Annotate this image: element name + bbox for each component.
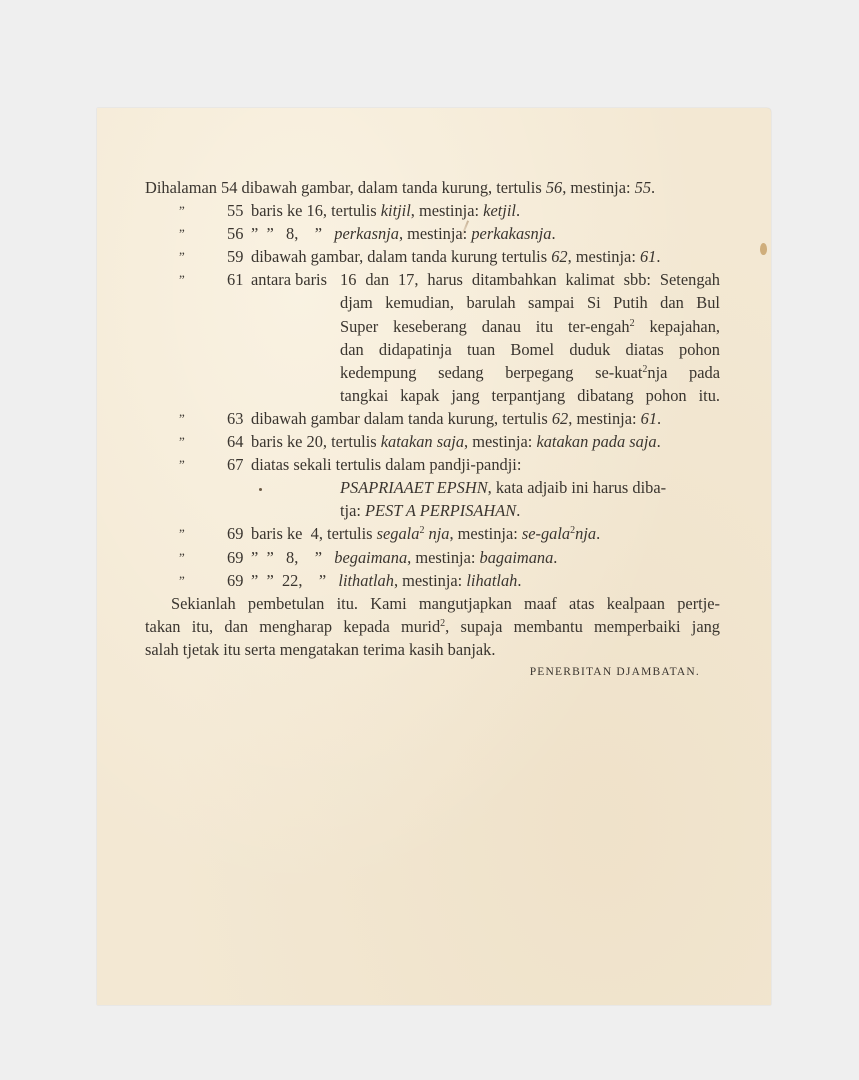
wrong-text: 62	[551, 247, 567, 266]
errata-text: Dihalaman 54 dibawah gambar, dalam tanda…	[145, 176, 720, 684]
entry-mid: , mestinja:	[568, 247, 640, 266]
inserted-sentence-line: 16 dan 17, harus ditambahkan kalimat sbb…	[340, 268, 720, 291]
errata-line: ” 56 ” ” 8, ” perkasnja, mestinja: perka…	[145, 222, 720, 245]
punct: .	[551, 224, 555, 243]
inserted-sentence-row: kedempung sedang berpegang se-kuat2nja p…	[145, 361, 720, 384]
page-number: 64	[227, 430, 243, 453]
correct-text: PEST A PERPISAHAN	[365, 501, 516, 520]
entry-pre: baris ke 16, tertulis	[251, 201, 381, 220]
entry-mid: , kata adjaib ini harus diba-	[488, 478, 666, 497]
errata-line: ” 59 dibawah gambar, dalam tanda kurung …	[145, 245, 720, 268]
inserted-sentence-row: Super keseberang danau itu ter-engah2 ke…	[145, 315, 720, 338]
inserted-sentence-line: Super keseberang danau itu ter-engah2 ke…	[340, 315, 720, 338]
correct-text: ketjil	[483, 201, 516, 220]
entry-text: diatas sekali tertulis dalam pandji-pand…	[251, 453, 521, 476]
entry-mid: , mestinja:	[449, 524, 521, 543]
correct-text: nja	[575, 524, 596, 543]
text-part: kedempung sedang berpegang se-kuat	[340, 363, 642, 382]
punct: .	[516, 201, 520, 220]
text-part: kepajahan,	[635, 317, 720, 336]
page-number: 56	[227, 222, 243, 245]
banner-text-row: tja: PEST A PERPISAHAN.	[145, 499, 720, 522]
entry-pre: baris ke 4, tertulis	[251, 524, 377, 543]
entry-pre: dibawah gambar dalam tanda kurung, tertu…	[251, 409, 552, 428]
paper-stain	[760, 243, 767, 255]
ditto-mark: ”	[179, 453, 185, 476]
punct: .	[517, 571, 521, 590]
banner-text: PSAPRIAAET EPSHN, kata adjaib ini harus …	[340, 476, 666, 499]
signature-row: PENERBITAN DJAMBATAN.	[145, 661, 720, 684]
inserted-sentence-line: kedempung sedang berpegang se-kuat2nja p…	[340, 361, 720, 384]
publisher-signature: PENERBITAN DJAMBATAN.	[530, 661, 700, 684]
inserted-sentence-line: djam kemudian, barulah sampai Si Putih d…	[340, 291, 720, 314]
entry-mid: , mestinja:	[399, 224, 471, 243]
page-number: 69	[227, 569, 243, 592]
entry-text: dibawah gambar dalam tanda kurung, tertu…	[251, 407, 661, 430]
entry-text: dibawah gambar, dalam tanda kurung, tert…	[242, 178, 542, 197]
entry-mid: , mestinja:	[464, 432, 536, 451]
text-part: , supaja membantu memperbaiki jang	[445, 617, 720, 636]
wrong-text: segala	[377, 524, 420, 543]
page-number: 55	[227, 199, 243, 222]
punct: .	[657, 432, 661, 451]
entry-mid: , mestinja:	[394, 571, 466, 590]
ditto-mark: ”	[179, 245, 185, 268]
entry-text: , mestinja:	[562, 178, 630, 197]
closing-text: Sekianlah pembetulan itu. Kami mangutjap…	[171, 592, 720, 615]
ditto-mark: ”	[179, 522, 185, 545]
closing-text: takan itu, dan mengharap kepada murid2, …	[145, 615, 720, 638]
entry-mid: , mestinja:	[407, 548, 479, 567]
punct: .	[596, 524, 600, 543]
entry-pre: dibawah gambar, dalam tanda kurung tertu…	[251, 247, 551, 266]
wrong-text: begaimana	[334, 548, 407, 567]
ditto-mark: ”	[179, 546, 185, 569]
entry-text: ” ” 8, ” begaimana, mestinja: bagaimana.	[251, 546, 557, 569]
inserted-sentence-line: dan didapatinja tuan Bomel duduk diatas …	[340, 338, 720, 361]
banner-text: tja: PEST A PERPISAHAN.	[340, 499, 520, 522]
errata-line: ” 69 ” ” 8, ” begaimana, mestinja: bagai…	[145, 546, 720, 569]
wrong-text: nja	[424, 524, 449, 543]
punct: .	[651, 178, 655, 197]
punct: .	[516, 501, 520, 520]
errata-line-67: ” 67 diatas sekali tertulis dalam pandji…	[145, 453, 720, 476]
errata-line: ” 69 baris ke 4, tertulis segala2 nja, m…	[145, 522, 720, 545]
punct: .	[656, 247, 660, 266]
closing-text: salah tjetak itu serta mengatakan terima…	[145, 638, 495, 661]
lead-word: Dihalaman	[145, 178, 217, 197]
errata-line: ” 69 ” ” 22, ” lithatlah, mestinja: liha…	[145, 569, 720, 592]
page-number: 54	[221, 178, 237, 197]
page-number: 69	[227, 522, 243, 545]
text-part: nja pada	[647, 363, 720, 382]
punct: .	[657, 409, 661, 428]
entry-mid: , mestinja:	[568, 409, 640, 428]
page-number: 59	[227, 245, 243, 268]
entry-pre: ” ” 8, ”	[251, 224, 334, 243]
correct-text: 61	[640, 247, 656, 266]
ditto-mark: ”	[179, 430, 185, 453]
entry-text: dibawah gambar, dalam tanda kurung tertu…	[251, 245, 660, 268]
entry-pre: tja:	[340, 501, 365, 520]
errata-line: ” 55 baris ke 16, tertulis kitjil, mesti…	[145, 199, 720, 222]
entry-pre: ” ” 8, ”	[251, 548, 334, 567]
inserted-sentence-row: dan didapatinja tuan Bomel duduk diatas …	[145, 338, 720, 361]
correct-text: perkakasnja	[471, 224, 551, 243]
errata-line-61: ” 61 antara baris 16 dan 17, harus ditam…	[145, 268, 720, 291]
closing-paragraph-line: Sekianlah pembetulan itu. Kami mangutjap…	[145, 592, 720, 615]
inserted-sentence-line: tangkai kapak jang terpantjang dibatang …	[340, 384, 720, 407]
entry-text: baris ke 16, tertulis kitjil, mestinja: …	[251, 199, 520, 222]
inserted-sentence-row: tangkai kapak jang terpantjang dibatang …	[145, 384, 720, 407]
wrong-text: kitjil	[381, 201, 411, 220]
text-part: takan itu, dan mengharap kepada murid	[145, 617, 440, 636]
entry-text: ” ” 8, ” perkasnja, mestinja: perkakasnj…	[251, 222, 556, 245]
ditto-mark: ”	[179, 199, 185, 222]
page-number: 61	[227, 268, 243, 291]
wrong-text: 56	[546, 178, 562, 197]
wrong-text: lithatlah	[338, 571, 394, 590]
ditto-mark: ”	[179, 569, 185, 592]
correct-text: 61	[641, 409, 657, 428]
page-number: 67	[227, 453, 243, 476]
ditto-mark: ”	[179, 222, 185, 245]
wrong-text: katakan saja	[381, 432, 464, 451]
entry-pre: ” ” 22, ”	[251, 571, 338, 590]
ink-dot	[259, 488, 262, 491]
punct: .	[553, 548, 557, 567]
correct-text: katakan pada saja	[536, 432, 656, 451]
page-number: 63	[227, 407, 243, 430]
wrong-text: perkasnja	[334, 224, 399, 243]
errata-line: ” 64 baris ke 20, tertulis katakan saja,…	[145, 430, 720, 453]
errata-line: ” 63 dibawah gambar dalam tanda kurung, …	[145, 407, 720, 430]
banner-text-row: PSAPRIAAET EPSHN, kata adjaib ini harus …	[145, 476, 720, 499]
ditto-mark: ”	[179, 268, 185, 291]
entry-lead: antara baris	[251, 268, 327, 291]
errata-line-54: Dihalaman 54 dibawah gambar, dalam tanda…	[145, 176, 720, 199]
correct-text: lihatlah	[466, 571, 517, 590]
correct-text: 55	[635, 178, 651, 197]
correct-text: bagaimana	[480, 548, 554, 567]
entry-mid: , mestinja:	[411, 201, 483, 220]
entry-text: ” ” 22, ” lithatlah, mestinja: lihatlah.	[251, 569, 521, 592]
ditto-mark: ”	[179, 407, 185, 430]
entry-text: baris ke 4, tertulis segala2 nja, mestin…	[251, 522, 600, 545]
inserted-sentence-row: djam kemudian, barulah sampai Si Putih d…	[145, 291, 720, 314]
entry-pre: baris ke 20, tertulis	[251, 432, 381, 451]
closing-paragraph-line: takan itu, dan mengharap kepada murid2, …	[145, 615, 720, 638]
wrong-text: PSAPRIAAET EPSHN	[340, 478, 488, 497]
wrong-text: 62	[552, 409, 568, 428]
closing-paragraph-line: salah tjetak itu serta mengatakan terima…	[145, 638, 720, 661]
text-part: Super keseberang danau itu ter-engah	[340, 317, 630, 336]
correct-text: se-gala	[522, 524, 570, 543]
page-number: 69	[227, 546, 243, 569]
entry-text: baris ke 20, tertulis katakan saja, mest…	[251, 430, 661, 453]
